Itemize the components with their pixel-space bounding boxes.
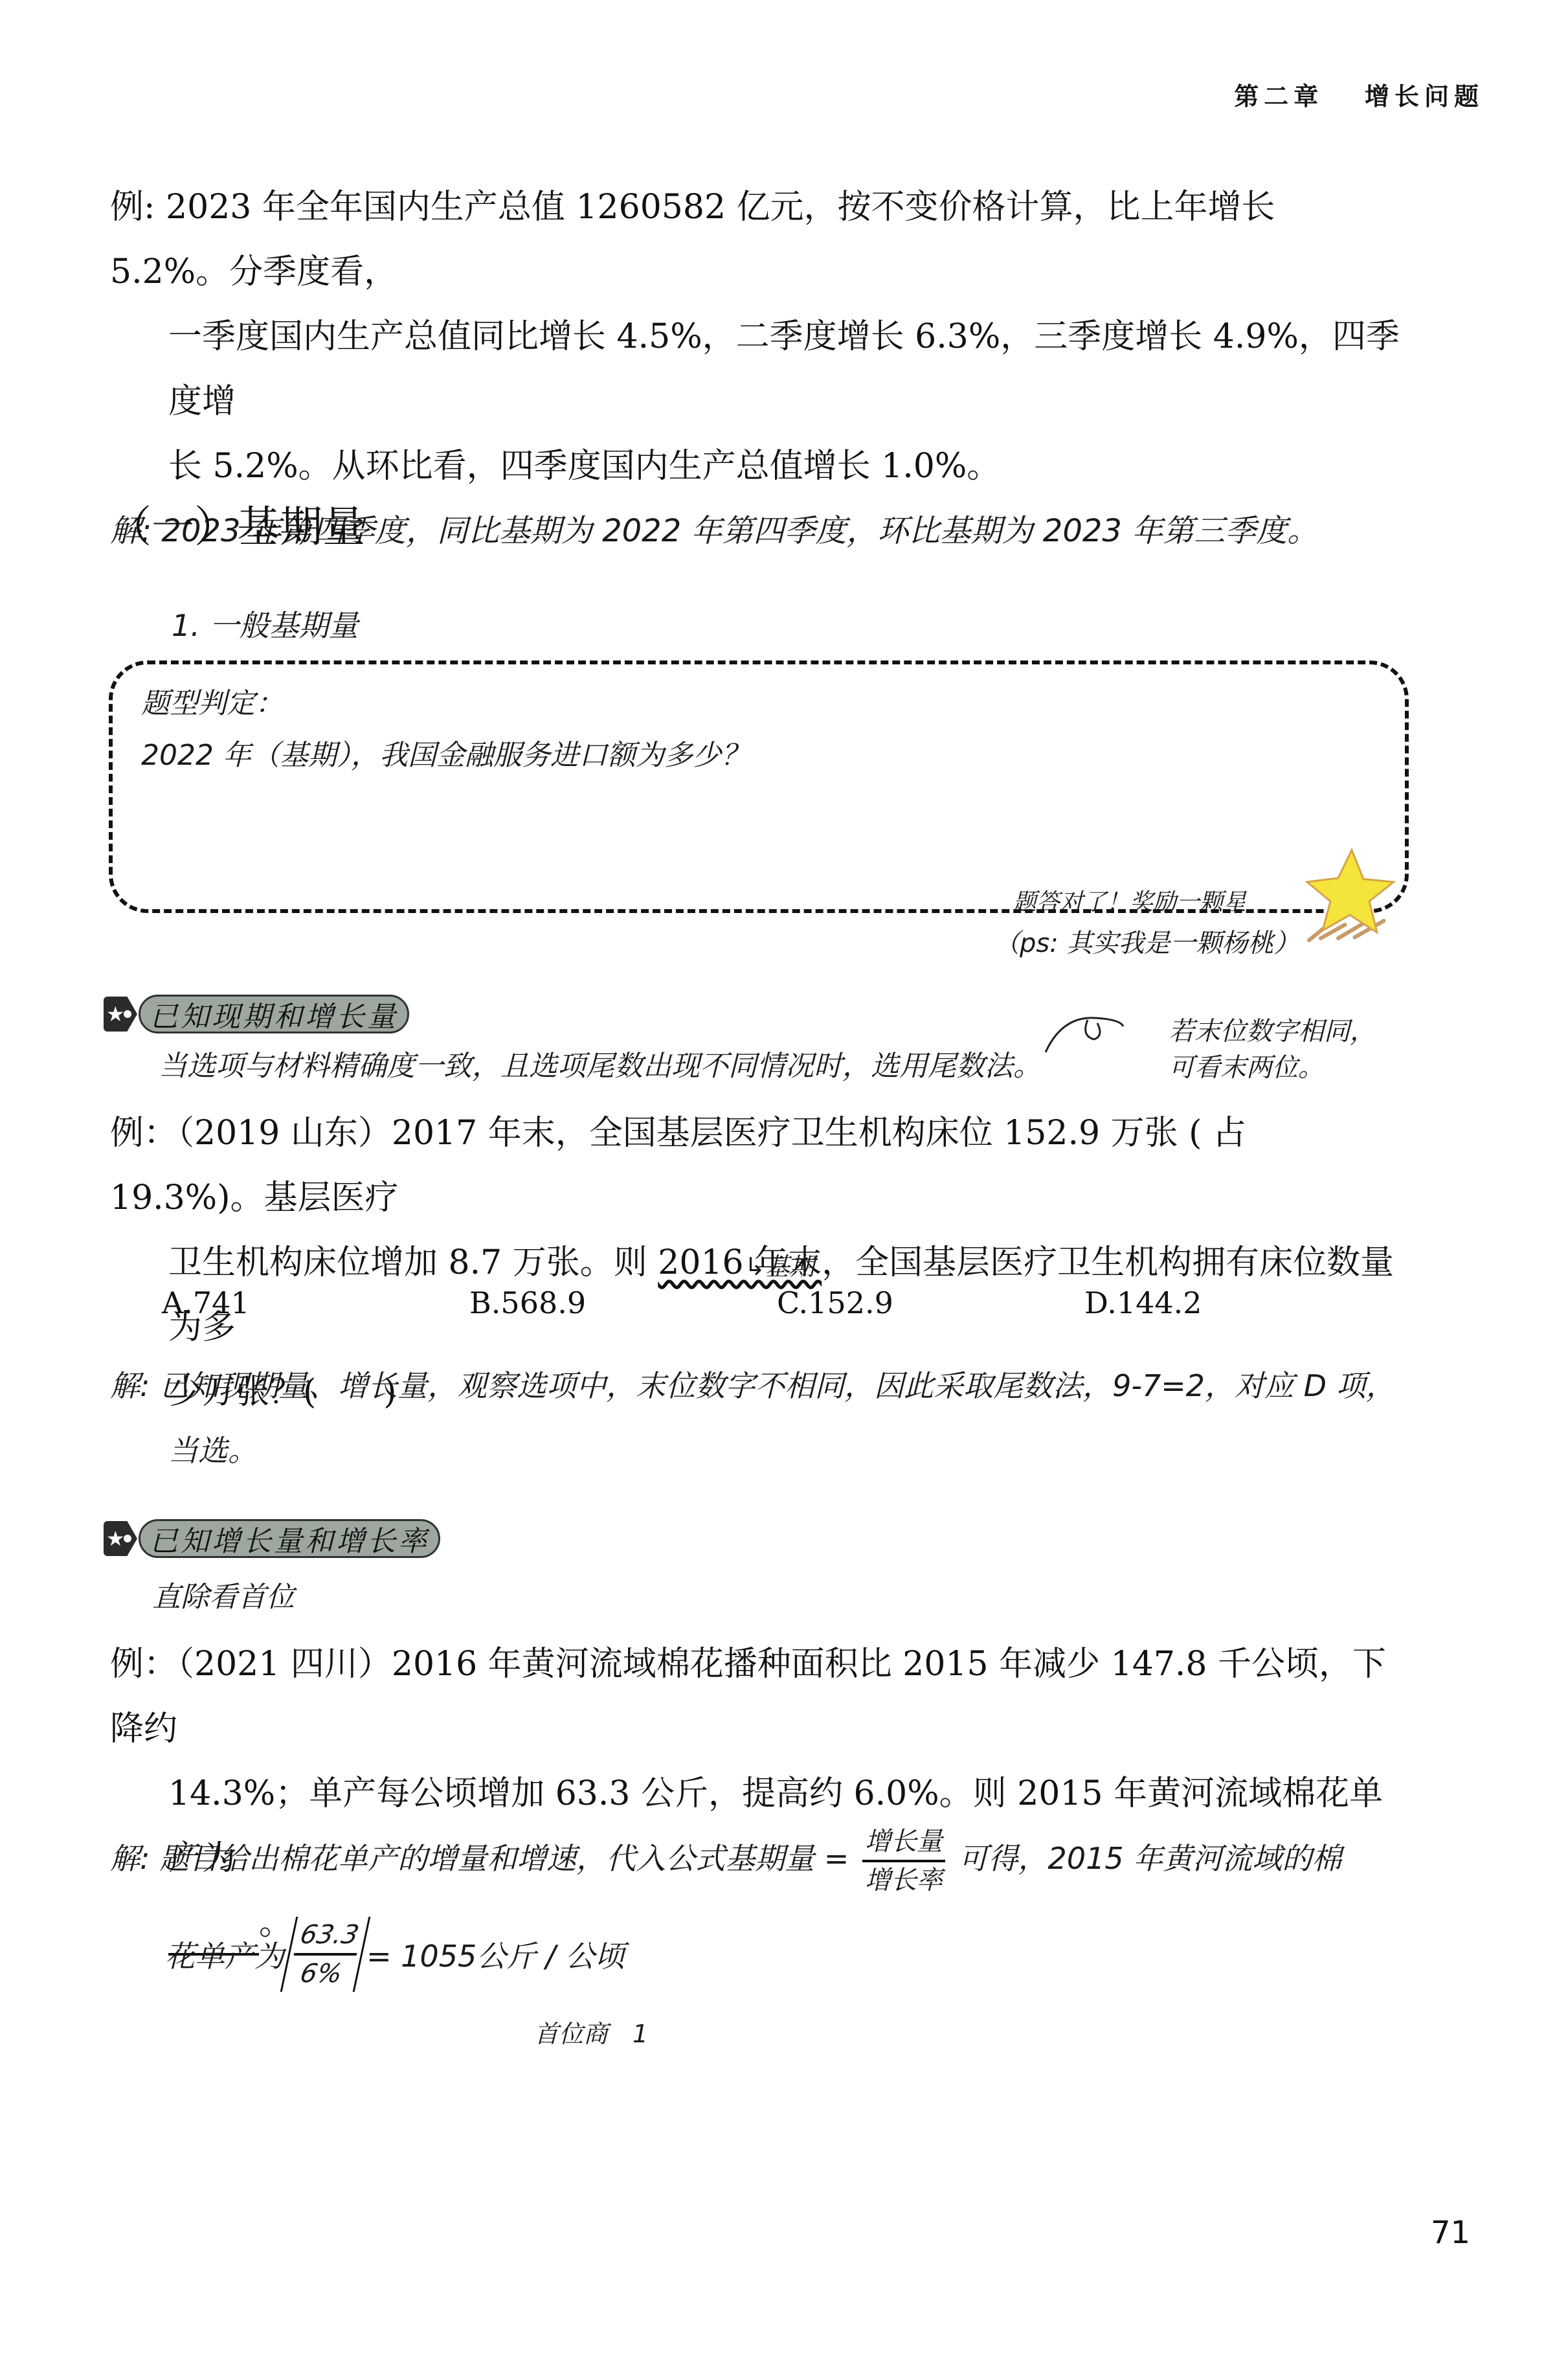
- tag-label: 已知现期和增长量: [139, 995, 409, 1033]
- calc-fraction: 63.3 6%: [280, 1917, 371, 1992]
- reward-note: 题答对了！奖励一颗星: [1013, 884, 1246, 917]
- running-header: 第二章 增长问题: [1234, 76, 1484, 112]
- tag2-rule: 直除看首位: [152, 1574, 295, 1615]
- option-a[interactable]: A.741: [162, 1285, 469, 1320]
- tag-known-increase-and-rate: ★ 已知增长量和增长率: [104, 1518, 440, 1559]
- calc-numerator: 63.3: [294, 1917, 365, 1956]
- option-d[interactable]: D.144.2: [1084, 1285, 1392, 1320]
- calc-denominator: 6%: [297, 1956, 345, 1992]
- tag-label: 已知增长量和增长率: [139, 1519, 440, 1558]
- tail-note-line2: 可看末两位。: [1169, 1050, 1376, 1086]
- chapter-title: 增长问题: [1365, 82, 1484, 111]
- base-period-annotation: ↳基期: [745, 1247, 814, 1282]
- formula-fraction: 增长量 增长率: [862, 1823, 945, 1899]
- example2-line1: 例：（2019 山东）2017 年末，全国基层医疗卫生机构床位 152.9 万张…: [110, 1101, 1405, 1230]
- box-label: 题型判定：: [141, 680, 284, 721]
- tail-note-line1: 若末位数字相同，: [1169, 1013, 1376, 1050]
- chapter-label: 第二章: [1234, 82, 1323, 111]
- calc-pre: 花单产为: [165, 1933, 284, 1976]
- example3: 例：（2021 四川）2016 年黄河流域棉花播种面积比 2015 年减少 14…: [110, 1632, 1405, 1956]
- option-c[interactable]: C.152.9: [777, 1285, 1084, 1320]
- formula-numerator: 增长量: [862, 1823, 945, 1862]
- calc-line: 花单产为 63.3 6% = 1055公斤 / 公顷: [165, 1917, 625, 1992]
- page-number: 71: [1431, 2215, 1470, 2251]
- example2-line2-pre: 卫生机构床位增加 8.7 万张。则: [168, 1243, 658, 1282]
- solution-post: 可得，2015 年黄河流域的棉: [959, 1841, 1342, 1876]
- tag-known-current-and-increase: ★ 已知现期和增长量: [104, 994, 409, 1034]
- solution-line2: 当选。: [110, 1418, 1405, 1483]
- box-question: 2022 年（基期），我国金融服务进口额为多少？: [141, 732, 750, 773]
- answer-options: A.741 B.568.9 C.152.9 D.144.2: [162, 1285, 1392, 1320]
- example2-solution: 解: 已知现期量、增长量，观察选项中，末位数字不相同，因此采取尾数法，9-7=2…: [110, 1353, 1405, 1483]
- formula-denominator: 增长率: [865, 1862, 943, 1899]
- option-b[interactable]: B.568.9: [469, 1285, 777, 1320]
- example3-solution: 解: 题目给出棉花单产的增量和增速，代入公式基期量 = 增长量 增长率 可得，2…: [110, 1820, 1341, 1899]
- annotation-text: 基期: [765, 1252, 814, 1281]
- question-type-box: [109, 660, 1409, 913]
- example3-line1: 例：（2021 四川）2016 年黄河流域棉花播种面积比 2015 年减少 14…: [110, 1632, 1405, 1761]
- star-icon: [1301, 845, 1398, 942]
- tag-star-icon: ★: [104, 1521, 137, 1556]
- solution-pre: 解: 题目给出棉花单产的增量和增速，代入公式基期量 =: [110, 1841, 849, 1876]
- tag-star-icon: ★: [104, 997, 137, 1032]
- example1-line2: 一季度国内生产总值同比增长 4.5%，二季度增长 6.3%，三季度增长 4.9%…: [110, 304, 1405, 434]
- reward-ps-note: （ps: 其实我是一颗杨桃）: [994, 923, 1299, 960]
- first-digit-quotient-note: 首位商 1: [534, 2014, 648, 2049]
- section-title: （一）基期量: [109, 492, 365, 554]
- subsection-title: 1. 一般基期量: [172, 602, 359, 645]
- solution-line1: 解: 已知现期量、增长量，观察选项中，末位数字不相同，因此采取尾数法，9-7=2…: [110, 1353, 1405, 1418]
- tail-digit-note: 若末位数字相同， 可看末两位。: [1169, 1013, 1376, 1086]
- loop-arrow-icon: [1042, 1010, 1133, 1055]
- tag1-rule: 当选项与材料精确度一致，且选项尾数出现不同情况时，选用尾数法。: [159, 1043, 1042, 1084]
- example1-line1: 例: 2023 年全年国内生产总值 1260582 亿元，按不变价格计算，比上年…: [110, 175, 1405, 304]
- calc-result: = 1055公斤 / 公顷: [366, 1933, 625, 1976]
- example1-line3: 长 5.2%。从环比看，四季度国内生产总值增长 1.0%。: [110, 434, 1405, 499]
